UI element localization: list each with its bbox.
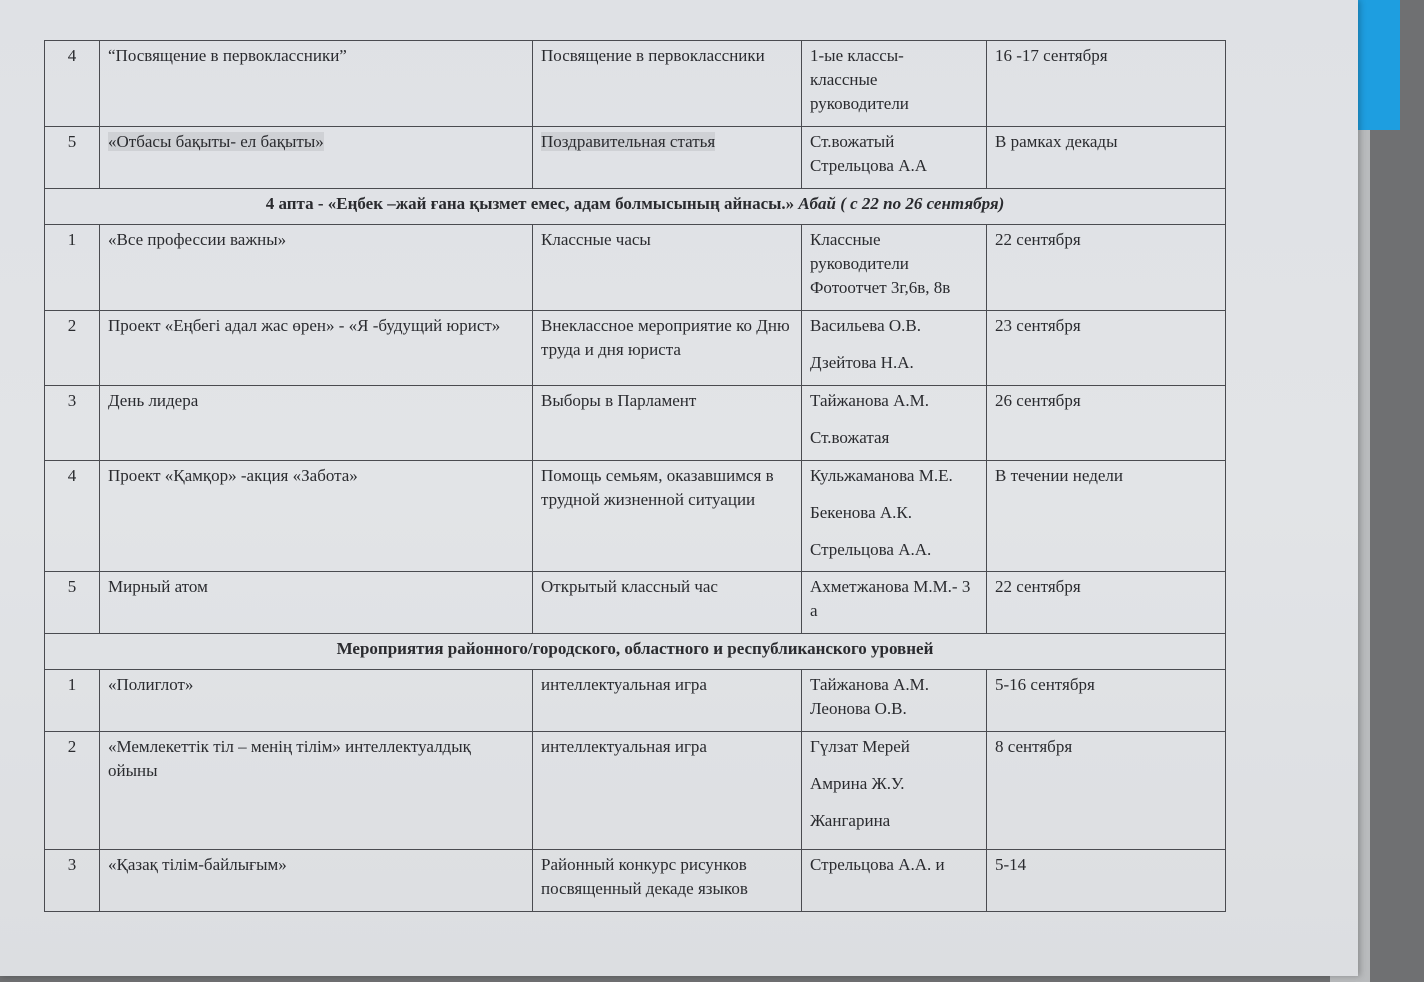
row-number: 5 (45, 127, 100, 189)
event-responsible: Ст.вожатый Стрельцова А.А (802, 127, 987, 189)
table-row: 5 «Отбасы бақыты- ел бақыты» Поздравител… (45, 127, 1226, 189)
event-title: День лидера (100, 386, 533, 461)
event-responsible: Классные руководители Фотоотчет 3г,6в, 8… (802, 225, 987, 311)
event-form: интеллектуальная игра (533, 732, 802, 850)
row-number: 4 (45, 41, 100, 127)
table-row: 1 «Полиглот» интеллектуальная игра Тайжа… (45, 670, 1226, 732)
event-responsible: Тайжанова А.М. Леонова О.В. (802, 670, 987, 732)
event-date: 22 сентября (987, 572, 1226, 634)
row-number: 3 (45, 386, 100, 461)
event-form: Классные часы (533, 225, 802, 311)
table-row: 3 «Қазақ тілім-байлығым» Районный конкур… (45, 850, 1226, 912)
table-row: 2 «Мемлекеттік тіл – менің тілім» интелл… (45, 732, 1226, 850)
section-week4-heading: 4 апта - «Еңбек –жай ғана қызмет емес, а… (45, 189, 1226, 225)
event-date: 16 -17 сентября (987, 41, 1226, 127)
section-header-row: Мероприятия районного/городского, област… (45, 634, 1226, 670)
row-number: 1 (45, 670, 100, 732)
row-number: 5 (45, 572, 100, 634)
event-date: В течении недели (987, 461, 1226, 572)
row-number: 2 (45, 732, 100, 850)
event-title: Проект «Қамқор» -акция «Забота» (100, 461, 533, 572)
event-date: 5-14 (987, 850, 1226, 912)
event-form: Помощь семьям, оказавшимся в трудной жиз… (533, 461, 802, 572)
event-responsible: Тайжанова А.М. Ст.вожатая (802, 386, 987, 461)
event-title: «Отбасы бақыты- ел бақыты» (100, 127, 533, 189)
event-title: “Посвящение в первоклассники” (100, 41, 533, 127)
event-responsible: Кульжаманова М.Е. Бекенова А.К. Стрельцо… (802, 461, 987, 572)
event-form: Поздравительная статья (533, 127, 802, 189)
event-title: «Все профессии важны» (100, 225, 533, 311)
event-responsible: Гүлзат Мерей Амрина Ж.У. Жангарина (802, 732, 987, 850)
event-title: Проект «Еңбегі адал жас өрен» - «Я -буду… (100, 311, 533, 386)
event-responsible: Ахметжанова М.М.- 3 а (802, 572, 987, 634)
event-responsible: Стрельцова А.А. и (802, 850, 987, 912)
event-title: «Полиглот» (100, 670, 533, 732)
table-row: 1 «Все профессии важны» Классные часы Кл… (45, 225, 1226, 311)
event-title: «Мемлекеттік тіл – менің тілім» интеллек… (100, 732, 533, 850)
event-date: 8 сентября (987, 732, 1226, 850)
event-form: Посвящение в первоклассники (533, 41, 802, 127)
row-number: 1 (45, 225, 100, 311)
row-number: 3 (45, 850, 100, 912)
event-form: Открытый классный час (533, 572, 802, 634)
event-responsible: Васильева О.В. Дзейтова Н.А. (802, 311, 987, 386)
document-page: 4 “Посвящение в первоклассники” Посвящен… (0, 0, 1424, 982)
table-row: 2 Проект «Еңбегі адал жас өрен» - «Я -бу… (45, 311, 1226, 386)
section-header-row: 4 апта - «Еңбек –жай ғана қызмет емес, а… (45, 189, 1226, 225)
event-date: 5-16 сентября (987, 670, 1226, 732)
event-form: Районный конкурс рисунков посвященный де… (533, 850, 802, 912)
event-date: 26 сентября (987, 386, 1226, 461)
event-form: интеллектуальная игра (533, 670, 802, 732)
table-row: 5 Мирный атом Открытый классный час Ахме… (45, 572, 1226, 634)
event-date: В рамках декады (987, 127, 1226, 189)
event-title: Мирный атом (100, 572, 533, 634)
event-date: 23 сентября (987, 311, 1226, 386)
event-form: Внеклассное мероприятие ко Дню труда и д… (533, 311, 802, 386)
event-date: 22 сентября (987, 225, 1226, 311)
row-number: 2 (45, 311, 100, 386)
table-row: 3 День лидера Выборы в Парламент Тайжано… (45, 386, 1226, 461)
event-responsible: 1-ые классы- классные руководители (802, 41, 987, 127)
table-row: 4 Проект «Қамқор» -акция «Забота» Помощь… (45, 461, 1226, 572)
table-row: 4 “Посвящение в первоклассники” Посвящен… (45, 41, 1226, 127)
event-title: «Қазақ тілім-байлығым» (100, 850, 533, 912)
section-regional-heading: Мероприятия районного/городского, област… (45, 634, 1226, 670)
event-plan-table: 4 “Посвящение в первоклассники” Посвящен… (44, 40, 1226, 912)
row-number: 4 (45, 461, 100, 572)
event-form: Выборы в Парламент (533, 386, 802, 461)
